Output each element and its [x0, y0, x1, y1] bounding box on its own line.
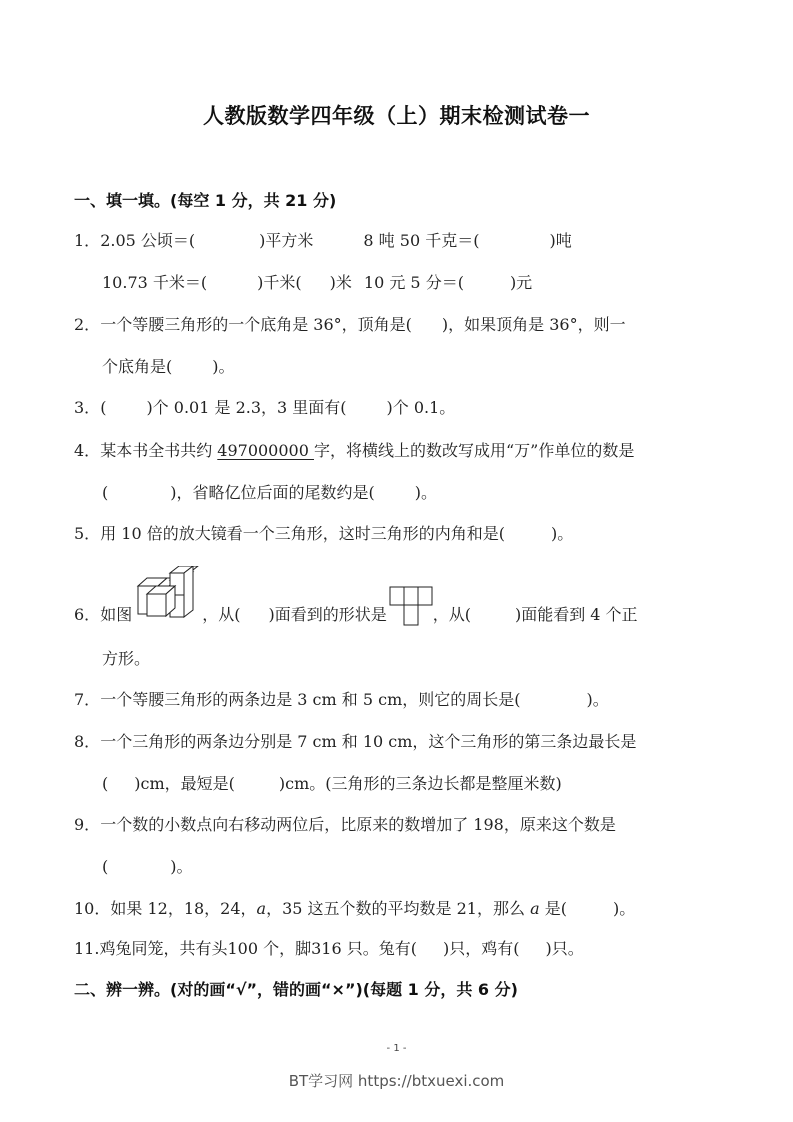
question-2-line-1: 2．一个等腰三角形的一个底角是 36°，顶角是()，如果顶角是 36°，则一 [74, 314, 626, 336]
question-11: 11.鸡兔同笼，共有头100 个，脚316 只。兔有()只，鸡有()只。 [74, 938, 584, 960]
question-6-line-2: 方形。 [102, 648, 150, 670]
question-9-line-1: 9．一个数的小数点向右移动两位后，比原来的数增加了 198，原来这个数是 [74, 814, 616, 836]
variable-a: a [257, 899, 267, 918]
question-number: 5． [74, 524, 100, 543]
question-number: 9． [74, 815, 100, 834]
question-7: 7．一个等腰三角形的两条边是 3 cm 和 5 cm，则它的周长是()。 [74, 689, 609, 711]
question-number: 4． [74, 441, 100, 460]
question-8-line-1: 8．一个三角形的两条边分别是 7 cm 和 10 cm，这个三角形的第三条边最长… [74, 731, 636, 753]
t-shape-view-figure [387, 604, 433, 626]
question-number: 2． [74, 315, 100, 334]
question-9-line-2: ()。 [102, 856, 193, 878]
question-8-line-2: ()cm，最短是()cm。(三角形的三条边长都是整厘米数) [102, 773, 562, 795]
section-heading-fill-in: 一、填一填。(每空 1 分，共 21 分) [74, 190, 336, 212]
question-number: 3． [74, 398, 100, 417]
page-number: - 1 - [0, 1043, 793, 1054]
question-4-line-1: 4．某本书全书共约 497000000 字，将横线上的数改写成用“万”作单位的数… [74, 440, 634, 462]
question-10: 10．如果 12，18，24，a，35 这五个数的平均数是 21，那么 a 是(… [74, 898, 635, 920]
watermark-link[interactable]: BT学习网 https://btxuexi.com [0, 1070, 793, 1091]
question-6-line-1: 6．如图 ，从()面看到的形状是，从()面能看到 4 个正 [74, 604, 638, 626]
question-number: 11. [74, 939, 99, 958]
question-number: 10． [74, 899, 110, 918]
cube-stack-figure [132, 604, 200, 626]
question-5: 5．用 10 倍的放大镜看一个三角形，这时三角形的内角和是()。 [74, 523, 573, 545]
question-number: 8． [74, 732, 100, 751]
question-4-line-2: ()，省略亿位后面的尾数约是()。 [102, 482, 437, 504]
variable-a: a [530, 899, 540, 918]
question-3: 3．()个 0.01 是 2.3，3 里面有()个 0.1。 [74, 397, 455, 419]
question-number: 1． [74, 231, 100, 250]
page-title: 人教版数学四年级（上）期末检测试卷一 [0, 100, 793, 130]
question-number: 7． [74, 690, 100, 709]
underlined-number: 497000000 [217, 441, 314, 460]
question-number: 6． [74, 605, 100, 624]
question-1-line-2: 10.73 千米＝()千米()米10 元 5 分＝()元 [102, 272, 532, 294]
question-2-line-2: 个底角是()。 [102, 356, 235, 378]
question-1-line-1: 1．2.05 公顷＝()平方米8 吨 50 千克＝()吨 [74, 230, 572, 252]
section-heading-true-false: 二、辨一辨。(对的画“√”，错的画“×”)(每题 1 分，共 6 分) [74, 979, 518, 1001]
